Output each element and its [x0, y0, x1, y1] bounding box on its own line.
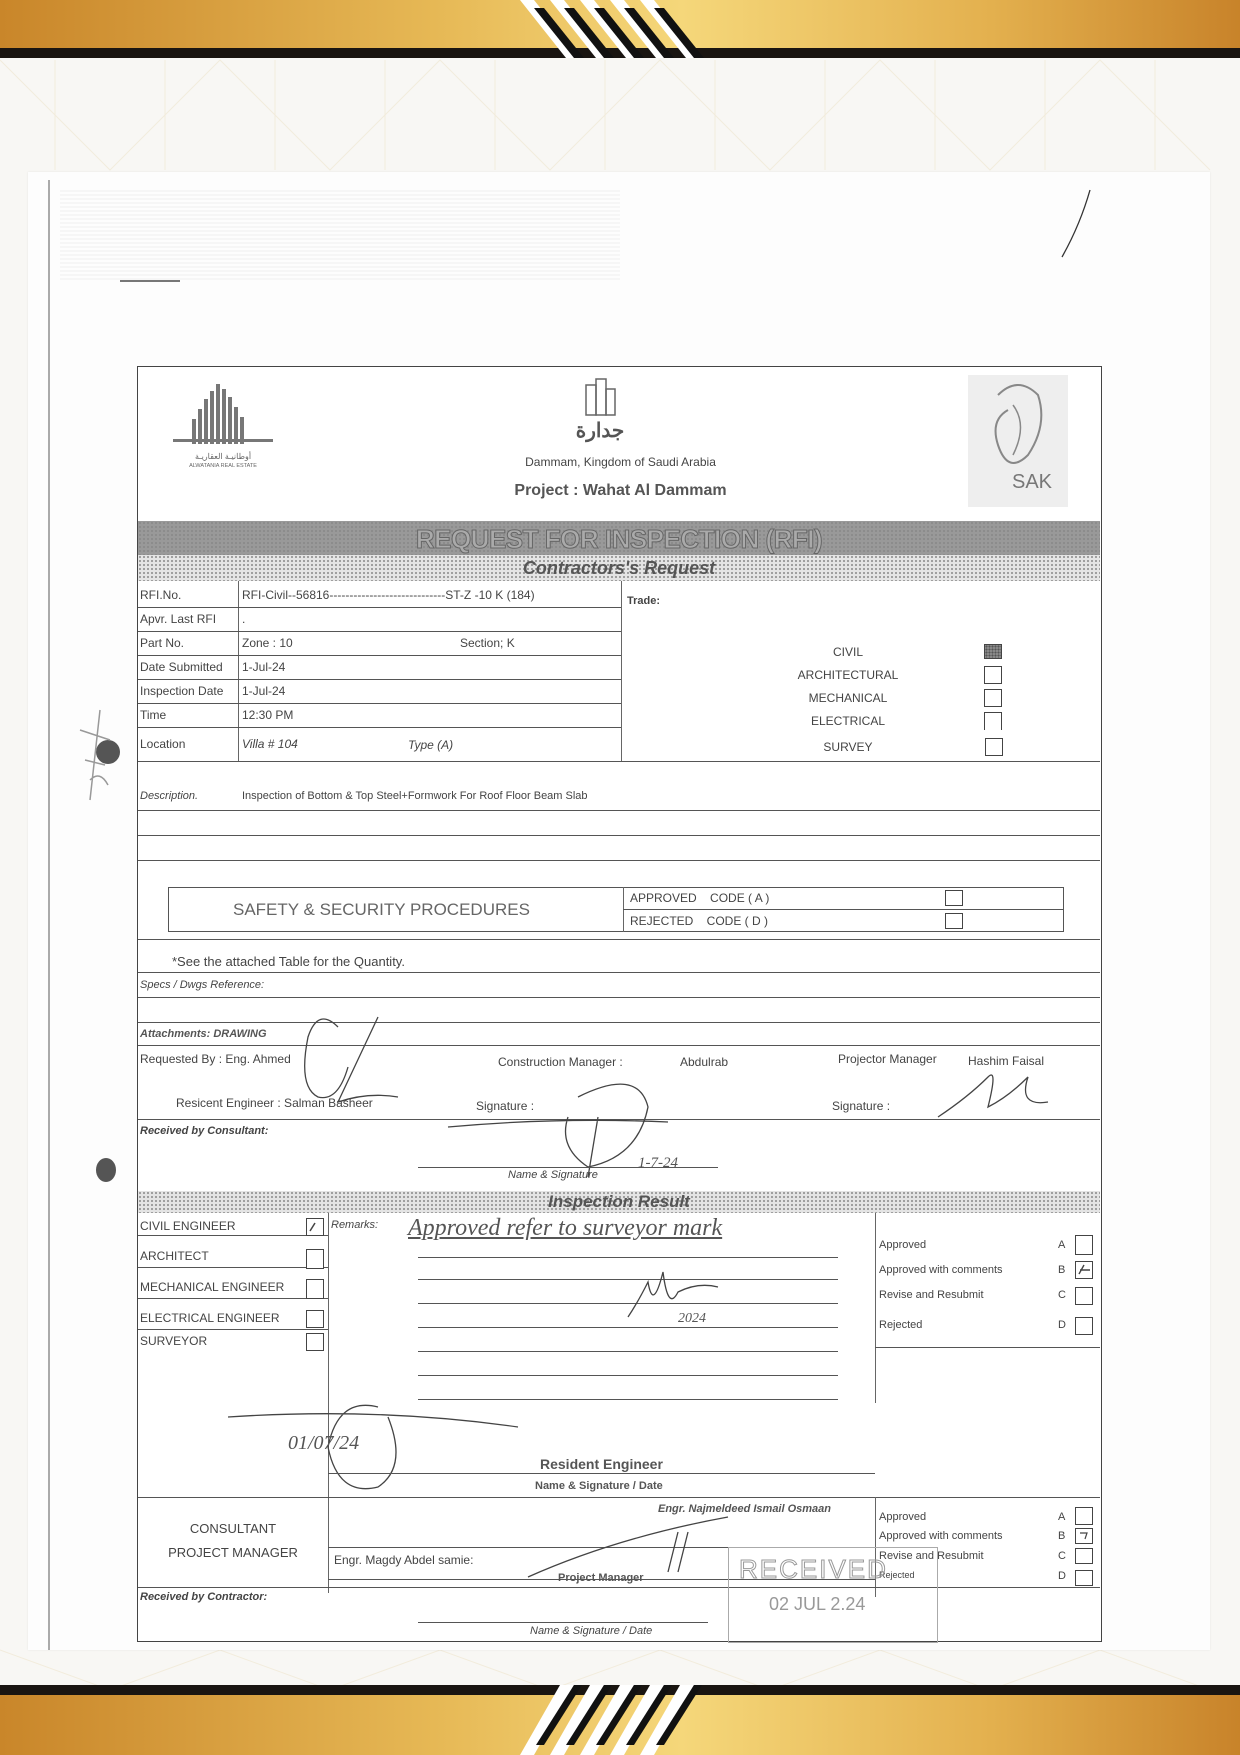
- pen-stroke-mark: [1050, 185, 1110, 265]
- result-rejected-label: Rejected: [879, 1319, 922, 1331]
- consultant-rejected-checkbox[interactable]: [1075, 1570, 1093, 1586]
- handwritten-consultant-date: 1-7-24: [638, 1155, 678, 1171]
- row-line: [138, 1298, 328, 1299]
- sak-logo: SAK: [968, 375, 1068, 507]
- sheet-edge: [48, 180, 50, 1650]
- trade-civil-checkbox[interactable]: [984, 644, 1002, 659]
- apvr-last-rfi-label: Apvr. Last RFI: [140, 612, 216, 626]
- safety-title: SAFETY & SECURITY PROCEDURES: [233, 900, 530, 920]
- surveyor-label: SURVEYOR: [140, 1334, 207, 1348]
- trade-mechanical-label: MECHANICAL: [778, 691, 918, 705]
- part-no-label: Part No.: [140, 636, 184, 650]
- trade-electrical-checkbox[interactable]: [984, 712, 1002, 730]
- consultant-project-manager: Project Manager: [558, 1572, 644, 1584]
- safety-row-line: [623, 909, 1064, 910]
- jadarah-logo: جدارة: [570, 377, 630, 447]
- svg-text:جدارة: جدارة: [576, 420, 625, 443]
- electrical-engineer-label: ELECTRICAL ENGINEER: [140, 1311, 280, 1325]
- row-line: [138, 655, 621, 656]
- trade-survey-checkbox[interactable]: [985, 738, 1003, 756]
- construction-manager-name: Abdulrab: [680, 1055, 728, 1069]
- consultant-approved-comments-code: B: [1058, 1530, 1065, 1542]
- attachments: Attachments: DRAWING: [140, 1028, 267, 1040]
- consultant-approved-comments-label: Approved with comments: [879, 1530, 1003, 1542]
- consultant-name-signature: Name & Signature: [508, 1169, 598, 1181]
- remarks-label: Remarks:: [331, 1219, 378, 1231]
- architect-label: ARCHITECT: [140, 1249, 209, 1263]
- row-line: [138, 1119, 1100, 1120]
- re-name-signature-date: Name & Signature / Date: [535, 1480, 663, 1492]
- cm-signature-label: Signature :: [476, 1099, 534, 1113]
- part-no-zone: Zone : 10: [242, 636, 293, 650]
- top-stripes-decoration: [500, 0, 740, 58]
- row-line: [138, 1022, 1100, 1023]
- architect-checkbox[interactable]: [306, 1249, 324, 1269]
- result-approved-comments-label: Approved with comments: [879, 1264, 1003, 1276]
- remarks-handwritten: Approved refer to surveyor mark: [408, 1215, 722, 1242]
- row-line: [138, 703, 621, 704]
- contractor-signature-line: [418, 1622, 708, 1623]
- punch-hole-2: [96, 1158, 116, 1182]
- civil-engineer-checkbox[interactable]: [306, 1218, 324, 1236]
- result-revise-code: C: [1058, 1289, 1066, 1301]
- handwritten-margin-note: [70, 700, 120, 810]
- rfi-form: أوطانيـة العقاريـة ALWATANIA REAL ESTATE…: [137, 366, 1102, 1642]
- resident-engineer-title: Resident Engineer: [540, 1456, 663, 1472]
- part-no-section: Section; K: [460, 636, 515, 650]
- civil-engineer-label: CIVIL ENGINEER: [140, 1219, 236, 1233]
- header-project: Project : Wahat Al Dammam: [138, 482, 1103, 500]
- remarks-line: [418, 1399, 838, 1400]
- handwritten-re-date: 01/07/24: [288, 1432, 359, 1454]
- received-stamp: RECEIVED 02 JUL 2.24: [728, 1547, 938, 1643]
- form-title: REQUEST FOR INSPECTION (RFI): [138, 524, 1100, 555]
- remarks-signature: 2024: [618, 1262, 738, 1332]
- consultant-approved-code: A: [1058, 1511, 1065, 1523]
- project-manager-name: Hashim Faisal: [968, 1054, 1044, 1068]
- resident-engineer-signature: 01/07/24: [228, 1397, 528, 1507]
- remarks-line: [418, 1375, 838, 1376]
- electrical-engineer-checkbox[interactable]: [306, 1310, 324, 1328]
- row-line: [138, 1045, 1100, 1046]
- time-value: 12:30 PM: [242, 708, 293, 722]
- time-label: Time: [140, 708, 166, 722]
- row-line: [138, 761, 1100, 762]
- description-value: Inspection of Bottom & Top Steel+Formwor…: [242, 790, 588, 802]
- result-approved-comments-checkbox[interactable]: [1075, 1261, 1093, 1279]
- rfi-no-value: RFI-Civil--56816------------------------…: [242, 588, 535, 602]
- inspection-section-title: Inspection Result: [138, 1192, 1100, 1212]
- consultant-engineer-1: Engr. Najmeldeed Ismail Osmaan: [658, 1503, 831, 1515]
- inspection-divider: [328, 1213, 329, 1593]
- result-approved-code: A: [1058, 1239, 1065, 1251]
- safety-rejected-checkbox[interactable]: [945, 913, 963, 929]
- consultant-approved-label: Approved: [879, 1511, 926, 1523]
- received-stamp-text: RECEIVED: [739, 1554, 888, 1585]
- pm-signature-label: Signature :: [832, 1099, 890, 1113]
- construction-manager-label: Construction Manager :: [498, 1055, 623, 1069]
- result-revise-checkbox[interactable]: [1075, 1287, 1093, 1305]
- result-rejected-checkbox[interactable]: [1075, 1317, 1093, 1335]
- result-approved-comments-code: B: [1058, 1264, 1065, 1276]
- row-line: [138, 607, 621, 608]
- trade-electrical-label: ELECTRICAL: [778, 714, 918, 728]
- remarks-line: [418, 1279, 838, 1280]
- scan-noise: [60, 190, 620, 280]
- consultant-title-line2: PROJECT MANAGER: [138, 1545, 328, 1560]
- consultant-signature-line: [418, 1167, 718, 1168]
- apvr-last-rfi-value: .: [242, 612, 245, 626]
- consultant-revise-code: C: [1058, 1550, 1066, 1562]
- row-line: [138, 997, 1100, 998]
- remarks-line: [418, 1257, 838, 1258]
- trade-label: Trade:: [627, 595, 660, 607]
- consultant-rejected-code: D: [1058, 1570, 1066, 1582]
- row-line: [138, 679, 621, 680]
- result-rejected-code: D: [1058, 1319, 1066, 1331]
- row-line: [138, 972, 1100, 973]
- row-line: [138, 1587, 1100, 1588]
- consultant-approved-comments-checkbox[interactable]: [1075, 1528, 1093, 1544]
- handwritten-year: 2024: [678, 1311, 706, 1326]
- consultant-engineer-2: Engr. Magdy Abdel samie:: [334, 1553, 473, 1567]
- row-line: [138, 1267, 328, 1268]
- date-submitted-value: 1-Jul-24: [242, 660, 285, 674]
- trade-mechanical-checkbox[interactable]: [984, 689, 1002, 707]
- row-line: [875, 1347, 1100, 1348]
- row-line: [138, 1329, 328, 1330]
- project-manager-label: Projector Manager: [838, 1052, 937, 1066]
- scan-mark: [120, 280, 180, 282]
- row-line: [138, 727, 621, 728]
- row-line: [138, 1497, 1100, 1498]
- inspection-date-label: Inspection Date: [140, 684, 223, 698]
- description-line: [138, 860, 1100, 861]
- trade-architectural-label: ARCHITECTURAL: [778, 668, 918, 682]
- trade-survey-label: SURVEY: [778, 740, 918, 754]
- contractor-section-title: Contractors's Request: [138, 558, 1100, 579]
- row-line: [328, 1473, 875, 1474]
- consultant-approved-checkbox[interactable]: [1075, 1507, 1093, 1525]
- mechanical-engineer-checkbox[interactable]: [306, 1279, 324, 1299]
- location-label: Location: [140, 737, 185, 751]
- description-line: [138, 835, 1100, 836]
- surveyor-checkbox[interactable]: [306, 1333, 324, 1351]
- specs-label: Specs / Dwgs Reference:: [140, 979, 264, 991]
- date-submitted-label: Date Submitted: [140, 660, 223, 674]
- field-divider: [621, 581, 622, 761]
- rfi-no-label: RFI.No.: [140, 588, 181, 602]
- inspection-date-value: 1-Jul-24: [242, 684, 285, 698]
- remarks-line: [418, 1327, 838, 1328]
- safety-rejected-label: REJECTED CODE ( D ): [630, 914, 768, 928]
- quantity-note: *See the attached Table for the Quantity…: [172, 954, 405, 969]
- safety-approved-checkbox[interactable]: [945, 890, 963, 906]
- mechanical-engineer-label: MECHANICAL ENGINEER: [140, 1280, 284, 1294]
- page-frame: أوطانيـة العقاريـة ALWATANIA REAL ESTATE…: [0, 0, 1240, 1755]
- sak-logo-text: SAK: [1012, 471, 1052, 494]
- field-divider: [238, 581, 239, 761]
- description-line: [138, 810, 1100, 811]
- received-by-consultant: Received by Consultant:: [140, 1125, 268, 1137]
- remarks-line: [418, 1303, 838, 1304]
- result-approved-label: Approved: [879, 1239, 926, 1251]
- received-stamp-date: 02 JUL 2.24: [769, 1594, 865, 1615]
- consultant-title-line1: CONSULTANT: [138, 1521, 328, 1536]
- trade-civil-label: CIVIL: [778, 645, 918, 659]
- contractor-name-signature-date: Name & Signature / Date: [530, 1625, 652, 1637]
- safety-approved-label: APPROVED CODE ( A ): [630, 891, 769, 905]
- received-by-contractor: Received by Contractor:: [140, 1591, 267, 1603]
- location-villa: Villa # 104: [242, 737, 298, 751]
- header-location: Dammam, Kingdom of Saudi Arabia: [138, 455, 1103, 469]
- row-line: [138, 1235, 328, 1236]
- requested-by: Requested By : Eng. Ahmed: [140, 1052, 291, 1066]
- result-revise-label: Revise and Resubmit: [879, 1289, 984, 1301]
- remarks-line: [418, 1351, 838, 1352]
- description-label: Description.: [140, 790, 198, 802]
- inspection-divider: [875, 1213, 876, 1403]
- row-line: [138, 939, 1100, 940]
- consultant-revise-checkbox[interactable]: [1075, 1548, 1093, 1564]
- result-approved-checkbox[interactable]: [1075, 1235, 1093, 1255]
- resident-engineer-contractor: Resicent Engineer : Salman Basheer: [176, 1096, 373, 1110]
- row-line: [138, 631, 621, 632]
- trade-architectural-checkbox[interactable]: [984, 666, 1002, 684]
- bottom-stripes-decoration: [500, 1685, 740, 1755]
- location-type: Type (A): [408, 738, 453, 752]
